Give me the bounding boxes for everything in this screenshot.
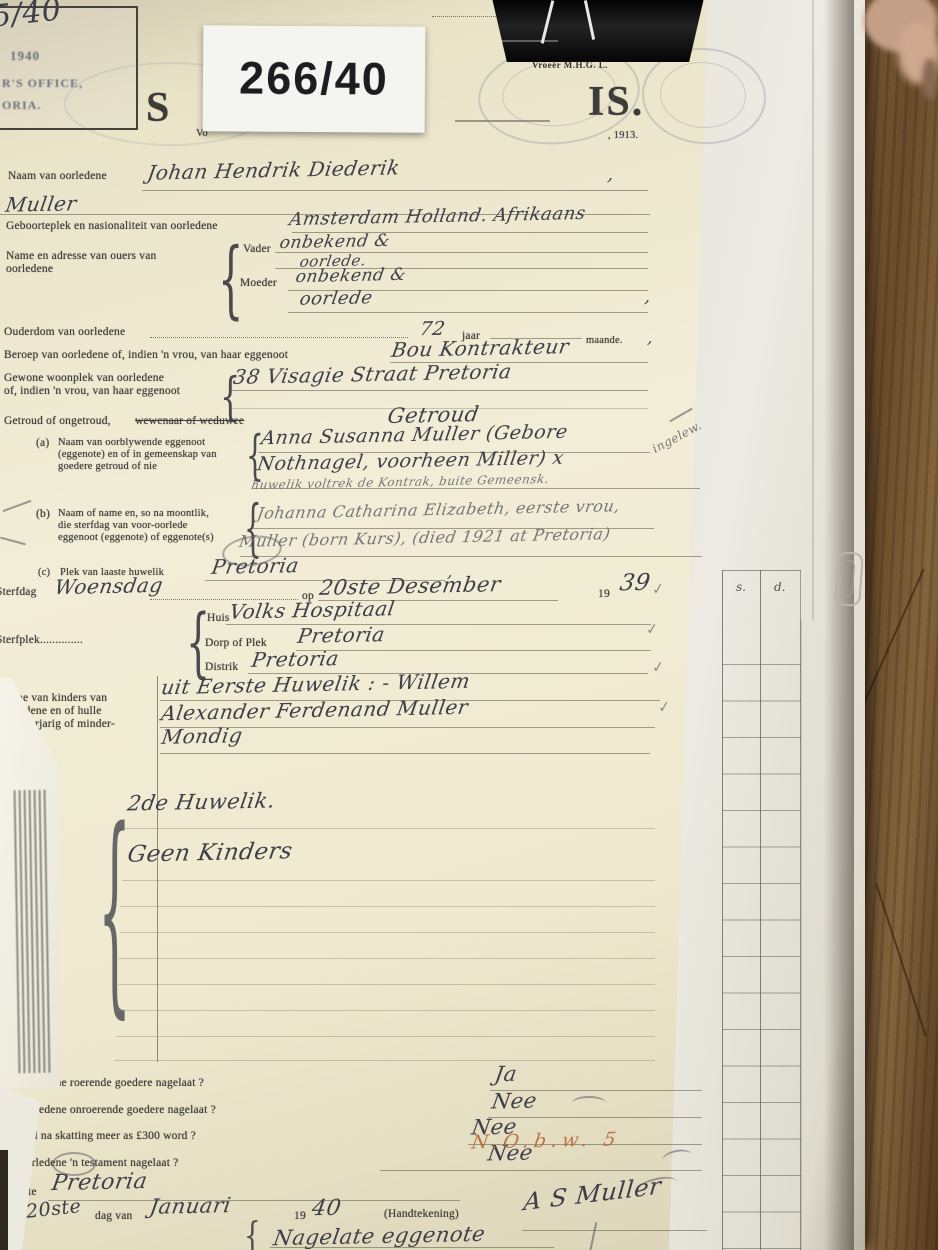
huis-label: Huis bbox=[207, 612, 230, 624]
moeder-label: Moeder bbox=[240, 277, 277, 289]
kinders-value-4: 2de Huwelik. bbox=[126, 788, 277, 815]
beroep-value: Bou Kontrakteur bbox=[390, 334, 571, 362]
field-label-ouers-2: oorledene bbox=[6, 263, 53, 275]
item-a-label-2: (eggenote) en of in gemeenskap van bbox=[58, 449, 217, 460]
subtitle-fragment-right: , 1913. bbox=[608, 130, 638, 141]
rule-line bbox=[240, 556, 702, 557]
binder-clip bbox=[492, 0, 704, 62]
rule-line bbox=[48, 1200, 460, 1201]
money-table-rows bbox=[722, 664, 801, 1250]
document-photo: s. d. 1940 R'S OFFICE, ORIA. 5/40 S IS. … bbox=[0, 0, 938, 1250]
ink-flourish bbox=[572, 1096, 606, 1110]
field-label-naam: Naam van oorledene bbox=[8, 170, 107, 182]
kinders-value-3: Mondig bbox=[160, 723, 244, 749]
distrik-value: Pretoria bbox=[250, 646, 341, 672]
finger-shadow bbox=[922, 58, 938, 100]
datum-month: Januari bbox=[148, 1193, 233, 1219]
rule-line bbox=[226, 624, 651, 625]
item-b-num: (b) bbox=[36, 508, 50, 520]
rule-line bbox=[114, 1060, 655, 1061]
rule-line bbox=[252, 488, 700, 489]
check-mark: ✓ bbox=[651, 579, 666, 600]
rule-line bbox=[118, 984, 655, 985]
year-prefix: 19 bbox=[598, 588, 610, 600]
binder-clip-highlight bbox=[498, 40, 558, 42]
maande-label: maande. bbox=[586, 335, 623, 346]
onroerend-value: Nee bbox=[490, 1089, 539, 1114]
paperclip-icon bbox=[841, 560, 855, 597]
orange-annotation: N.O.b.w. 5 bbox=[470, 1128, 622, 1153]
rule-line bbox=[160, 753, 650, 754]
rule-line bbox=[288, 312, 648, 313]
sterfdag-day: Woensdag bbox=[53, 573, 165, 599]
naam-value-2: Muller bbox=[4, 191, 79, 216]
kinders-value-5: Geen Kinders bbox=[126, 838, 295, 867]
field-label-ouderdom: Ouderdom van oorledene bbox=[4, 326, 125, 338]
field-label-huwelikstaat-2: wewenaar of weduwee bbox=[135, 415, 244, 427]
rule-line bbox=[488, 1117, 702, 1118]
rule-line bbox=[522, 1230, 707, 1231]
item-b-label-2: die sterfdag van voor-oorlede bbox=[58, 520, 188, 531]
field-label-huwelikstaat-1: Getroud of ongetroud, bbox=[4, 415, 111, 427]
check-mark: ✓ bbox=[645, 619, 660, 640]
stamp-date: 1940 bbox=[10, 48, 40, 64]
sterfdag-date: 20ste Desember bbox=[318, 572, 503, 600]
pencil-circle bbox=[52, 1152, 96, 1176]
item-a-num: (a) bbox=[36, 437, 49, 449]
item-a-label-3: goedere getroud of nie bbox=[58, 461, 157, 472]
item-b-label-3: eggenoot (eggenote) of eggenote(s) bbox=[58, 532, 214, 543]
distrik-label: Distrik bbox=[205, 661, 238, 673]
stamp-city: ORIA. bbox=[2, 98, 41, 113]
item-c-num: (c) bbox=[38, 567, 50, 578]
field-label-woonplek-1: Gewone woonplek van oorledene bbox=[4, 372, 164, 384]
dorp-value: Pretoria bbox=[296, 622, 387, 648]
rule-line bbox=[142, 190, 648, 191]
brace-icon: { bbox=[244, 1216, 261, 1250]
clip-caption: Vroeër M.H.G. L. bbox=[532, 60, 608, 70]
vader-value-1: onbekend & bbox=[278, 231, 391, 253]
signature-capacity: Nagelate eggenote bbox=[272, 1222, 487, 1250]
field-label-geboorte: Geboorteplek en nasionaliteit van oorled… bbox=[6, 220, 218, 232]
dotted-rule bbox=[150, 337, 408, 338]
column-divider bbox=[157, 676, 158, 1062]
datum-year: 40 bbox=[310, 1196, 343, 1222]
dark-edge bbox=[0, 1150, 8, 1250]
rule-line bbox=[120, 906, 655, 907]
money-table-top-rule bbox=[722, 570, 801, 571]
moeder-value-1: onbekend & bbox=[294, 265, 407, 287]
pence-column-header: d. bbox=[774, 580, 786, 594]
vader-label: Vader bbox=[243, 243, 271, 255]
rule-line bbox=[125, 828, 655, 829]
field-label-beroep: Beroep van oorledene of, indien 'n vrou,… bbox=[4, 349, 288, 361]
check-mark: ✓ bbox=[651, 657, 666, 678]
field-label-sterfplek: Sterfplek.............. bbox=[0, 634, 83, 646]
moeder-value-2: oorlede bbox=[298, 287, 374, 310]
roerend-value: Ja bbox=[493, 1062, 519, 1086]
item-a-label-1: Naam van oorblywende eggenoot bbox=[58, 437, 205, 448]
dag-van-label: dag van bbox=[95, 1210, 132, 1222]
rule-line bbox=[116, 1010, 655, 1011]
datum-year-prefix: 19 bbox=[294, 1210, 306, 1222]
paper-crease bbox=[812, 0, 814, 620]
huis-value: Volks Hospitaal bbox=[228, 596, 397, 623]
rule-line bbox=[116, 1036, 655, 1037]
rule-line bbox=[270, 1247, 554, 1248]
page-edge-shadow bbox=[824, 0, 854, 1250]
field-label-ouers-1: Name en adresse van ouers van bbox=[6, 250, 156, 262]
sticker-number: 266/40 bbox=[239, 52, 389, 105]
rule-line bbox=[120, 932, 655, 933]
rule-line bbox=[232, 390, 648, 391]
sterfdag-year: 39 bbox=[618, 570, 652, 597]
handtekening-label: (Handtekening) bbox=[384, 1208, 459, 1220]
rule-line bbox=[296, 650, 651, 651]
brace-icon: { bbox=[98, 788, 131, 1040]
field-label-woonplek-2: of, indien 'n vrou, van haar eggenoot bbox=[4, 385, 180, 397]
rule-line bbox=[380, 1170, 702, 1171]
shillings-column-header: s. bbox=[736, 580, 746, 594]
rule-line bbox=[118, 958, 655, 959]
reference-sticker: 266/40 bbox=[203, 25, 426, 133]
item-b-label-1: Naam of name en, so na moontlik, bbox=[58, 508, 209, 519]
sideways-printed-text bbox=[14, 790, 53, 1074]
field-label-sterfdag: Sterfdag bbox=[0, 586, 37, 598]
rule-line bbox=[122, 880, 655, 881]
